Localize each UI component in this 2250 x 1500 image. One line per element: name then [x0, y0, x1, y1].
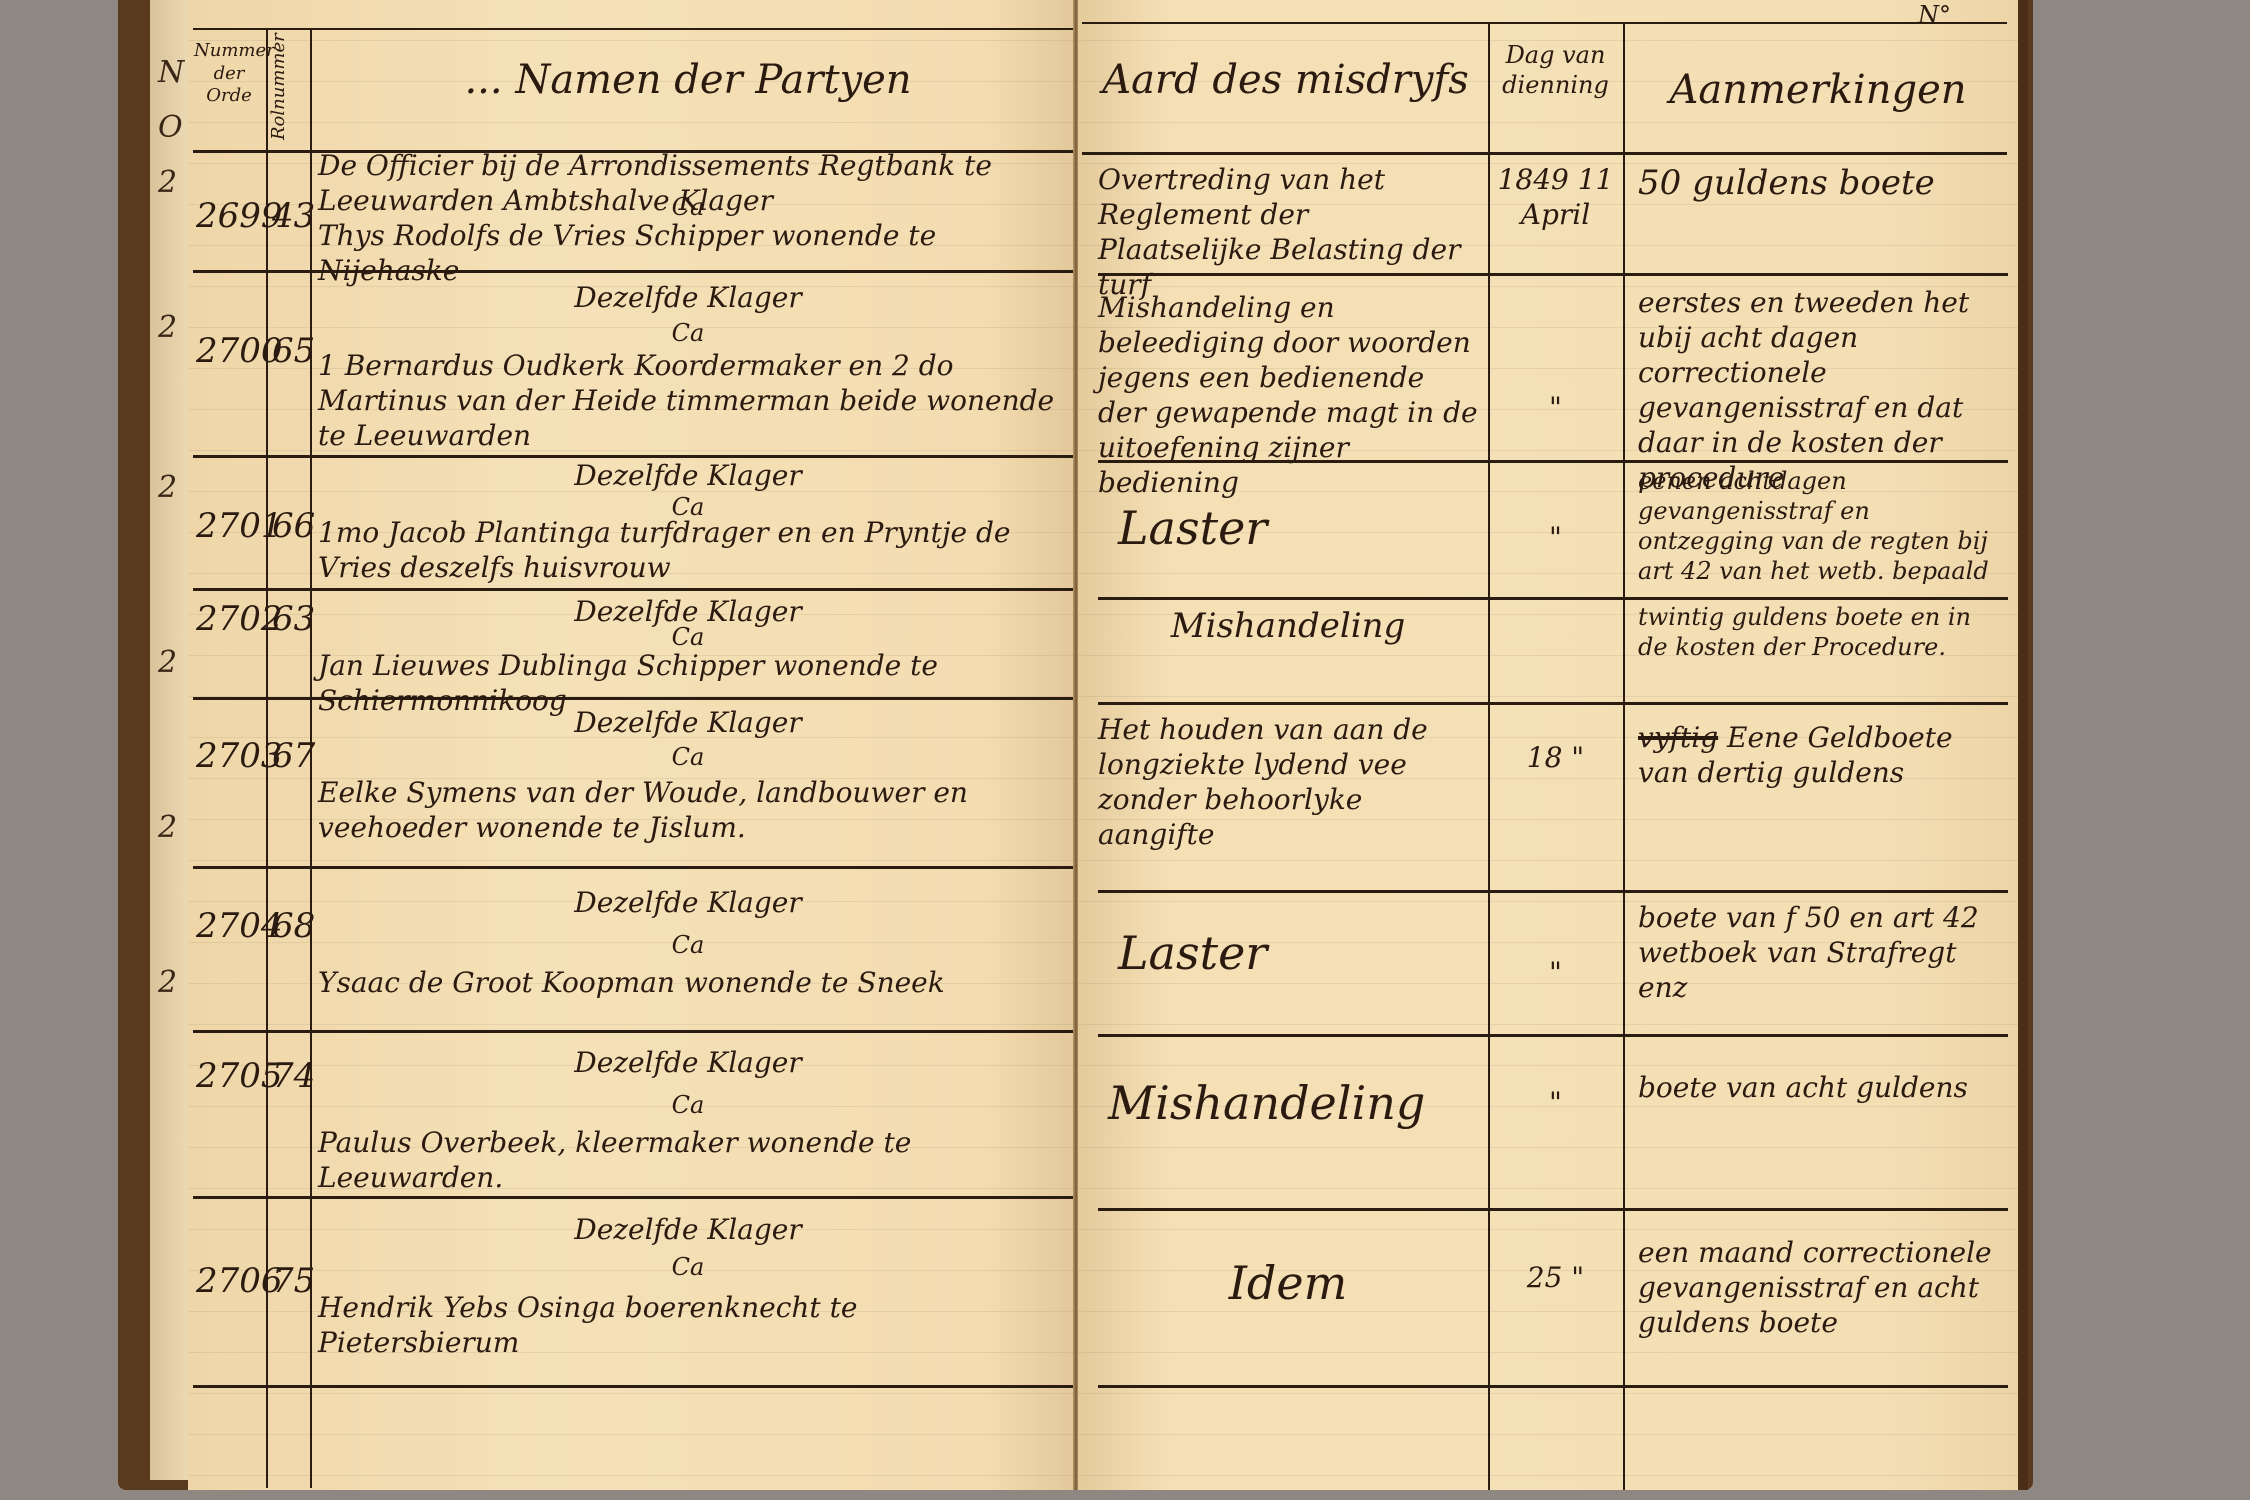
- entry-nummer: 2701: [196, 505, 283, 548]
- entry-misdryf: Het houden van aan de longziekte lydend …: [1098, 712, 1478, 852]
- entry-aanmerking: vyftig Eene Geldboete van dertig guldens: [1638, 720, 1998, 790]
- entry-rol: 74: [272, 1055, 315, 1098]
- entry-beklaagde: 1mo Jacob Plantinga turfdrager en en Pry…: [318, 515, 1058, 585]
- entry-dag: ": [1493, 520, 1618, 555]
- margin-mark: 2: [158, 165, 177, 200]
- entry-rol: 63: [272, 598, 315, 641]
- entry-dag: ": [1493, 1085, 1618, 1120]
- entry-klager: Dezelfde Klager: [318, 885, 1058, 920]
- entry-misdryf: Overtreding van het Reglement der Plaats…: [1098, 162, 1478, 302]
- left-page: Nummer der Orde Rolnummer ... Namen der …: [188, 0, 1075, 1490]
- entry-rol: 66: [272, 505, 315, 548]
- entry-nummer: 2704: [196, 905, 283, 948]
- entry-contra: Ca: [318, 318, 1058, 348]
- entry-rol: 67: [272, 735, 315, 778]
- entry-misdryf: Laster: [1118, 925, 1478, 983]
- entry-rol: 68: [272, 905, 315, 948]
- entry-rol: 43: [272, 195, 315, 238]
- margin-mark: 2: [158, 965, 177, 1000]
- entry-dag: ": [1493, 390, 1618, 425]
- entry-misdryf: Idem: [1098, 1255, 1478, 1313]
- header-dag-van-dienning: Dag van dienning: [1493, 40, 1618, 100]
- margin-mark: 2: [158, 810, 177, 845]
- entry-contra: Ca: [318, 742, 1058, 772]
- entry-aanmerking: boete van f 50 en art 42 wetboek van Str…: [1638, 900, 1998, 1005]
- entry-aanmerking: eerstes en tweeden het ubij acht dagen c…: [1638, 285, 1998, 495]
- entry-nummer: 2700: [196, 330, 283, 373]
- entry-klager: Dezelfde Klager: [318, 705, 1058, 740]
- margin-mark: 2: [158, 645, 177, 680]
- entry-nummer: 2702: [196, 598, 283, 641]
- entry-misdryf: Mishandeling: [1108, 1075, 1478, 1133]
- entry-dag: 25 ": [1493, 1260, 1618, 1295]
- entry-beklaagde: Thys Rodolfs de Vries Schipper wonende t…: [318, 218, 1058, 288]
- entry-contra: Ca: [318, 1090, 1058, 1120]
- entry-nummer: 2706: [196, 1260, 283, 1303]
- entry-rol: 65: [272, 330, 315, 373]
- entry-beklaagde: Paulus Overbeek, kleermaker wonende te L…: [318, 1125, 1058, 1195]
- entry-beklaagde: Hendrik Yebs Osinga boerenknecht te Piet…: [318, 1290, 1058, 1360]
- entry-nummer: 2699: [196, 195, 283, 238]
- entry-contra: Ca: [318, 930, 1058, 960]
- page-number-marker: N°: [1918, 0, 1951, 30]
- entry-klager: Dezelfde Klager: [318, 1045, 1058, 1080]
- header-namen-der-partyen: ... Namen der Partyen: [318, 55, 1058, 105]
- entry-aanmerking: boete van acht guldens: [1638, 1070, 1998, 1105]
- entry-aanmerking: 50 guldens boete: [1638, 162, 1998, 205]
- entry-aanmerking: een maand correctionele gevangenisstraf …: [1638, 1235, 1998, 1340]
- header-nummer-der-orde: Nummer der Orde: [194, 40, 264, 108]
- entry-dag: ": [1493, 955, 1618, 990]
- entry-beklaagde: Ysaac de Groot Koopman wonende te Sneek: [318, 965, 1058, 1000]
- header-aanmerkingen: Aanmerkingen: [1633, 65, 2003, 115]
- entry-klager: Dezelfde Klager: [318, 1212, 1058, 1247]
- struck-amount: vyftig: [1638, 721, 1718, 754]
- entry-klager: Dezelfde Klager: [318, 458, 1058, 493]
- entry-beklaagde: 1 Bernardus Oudkerk Koordermaker en 2 do…: [318, 348, 1058, 453]
- margin-mark: O: [158, 110, 183, 145]
- header-aard-des-misdryfs: Aard des misdryfs: [1088, 55, 1483, 105]
- margin-mark: 2: [158, 470, 177, 505]
- entry-dag: 18 ": [1493, 740, 1618, 775]
- entry-misdryf: Laster: [1118, 500, 1478, 558]
- entry-dag: 1849 11 April: [1493, 162, 1618, 232]
- entry-aanmerking: twintig guldens boete en in de kosten de…: [1638, 602, 1998, 662]
- entry-beklaagde: Eelke Symens van der Woude, landbouwer e…: [318, 775, 1058, 845]
- entry-klager: Dezelfde Klager: [318, 280, 1058, 315]
- entry-nummer: 2705: [196, 1055, 283, 1098]
- margin-mark: N: [158, 55, 184, 90]
- entry-nummer: 2703: [196, 735, 283, 778]
- entry-rol: 75: [272, 1260, 315, 1303]
- entry-misdryf: Mishandeling: [1098, 605, 1478, 648]
- entry-aanmerking: eenen achtdagen gevangenisstraf en ontze…: [1638, 466, 1998, 586]
- right-page: N° Aard des misdryfs Dag van dienning Aa…: [1078, 0, 2028, 1490]
- header-rolnummer: Rolnummer: [268, 40, 308, 140]
- margin-mark: 2: [158, 310, 177, 345]
- entry-misdryf: Mishandeling en beleediging door woorden…: [1098, 290, 1478, 500]
- entry-contra: Ca: [318, 1252, 1058, 1282]
